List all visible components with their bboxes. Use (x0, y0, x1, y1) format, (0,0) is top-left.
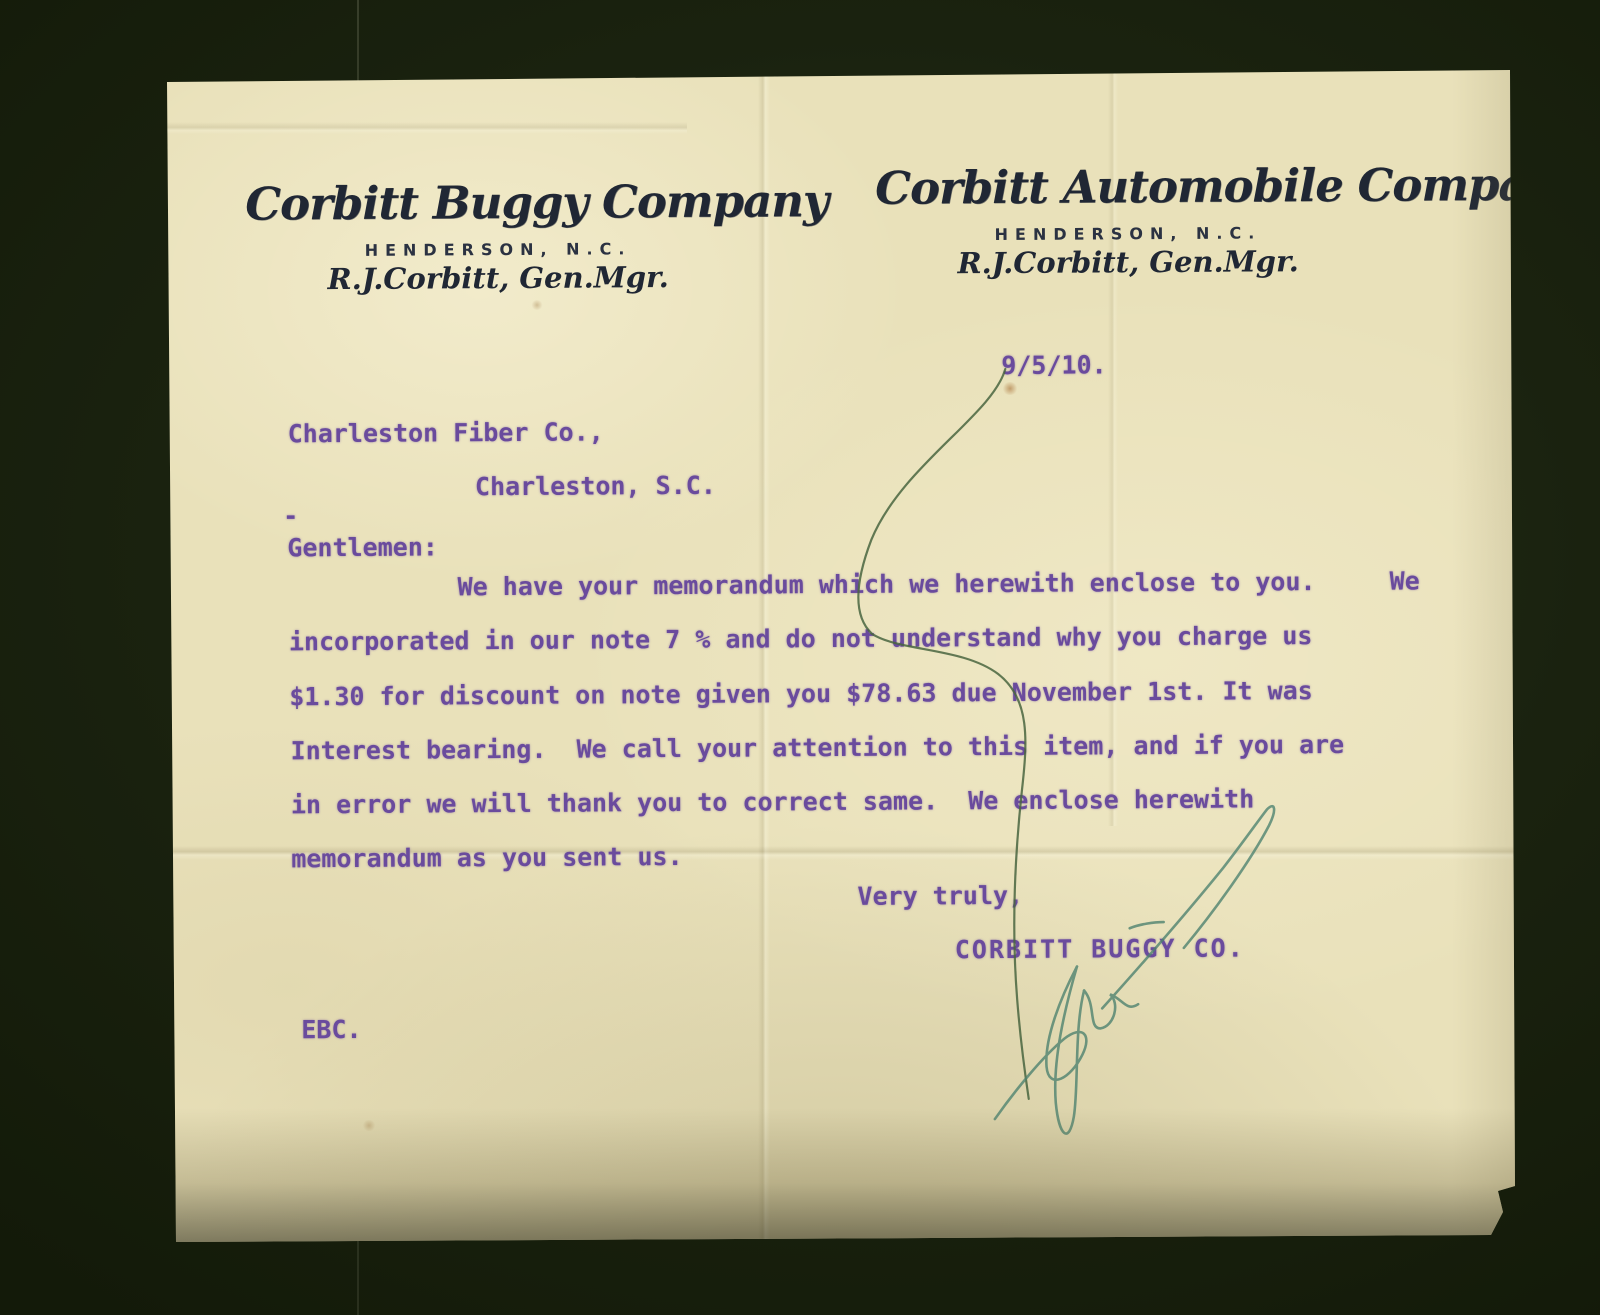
letterhead-company-name: Corbitt Automobile Company (875, 153, 1380, 222)
letterhead-buggy-company: Corbitt Buggy Company HENDERSON, N.C. R.… (245, 169, 751, 297)
body-line: Interest bearing. We call your attention… (291, 730, 1345, 765)
body-line: We have your memorandum which we herewit… (458, 567, 1316, 601)
letter-content: Corbitt Buggy Company HENDERSON, N.C. R.… (0, 0, 1600, 1315)
letterhead-city: HENDERSON, N.C. (245, 239, 750, 261)
body-line-continuation: We (1390, 566, 1420, 595)
body-line: in error we will thank you to correct sa… (291, 784, 1254, 819)
typist-initials: EBC. (301, 1015, 361, 1044)
letterhead-city: HENDERSON, N.C. (875, 223, 1380, 245)
recipient-city: Charleston, S.C. (475, 471, 716, 501)
body-line: $1.30 for discount on note given you $78… (289, 676, 1313, 711)
signed-company-name: CORBITT BUGGY CO. (955, 934, 1245, 965)
letter-date: 9/5/10. (1001, 350, 1107, 380)
letterhead-automobile-company: Corbitt Automobile Company HENDERSON, N.… (875, 153, 1381, 281)
recipient-dash: - (283, 501, 298, 530)
letter-paper: Corbitt Buggy Company HENDERSON, N.C. R.… (0, 0, 1600, 1315)
handwritten-signature-ink (993, 806, 1276, 1134)
letterhead-company-name: Corbitt Buggy Company (245, 169, 750, 238)
recipient-name: Charleston Fiber Co., (288, 417, 604, 448)
letterhead-manager: R.J.Corbitt, Gen.Mgr. (246, 260, 751, 297)
scanned-letter-photo: Corbitt Buggy Company HENDERSON, N.C. R.… (0, 0, 1600, 1315)
letterhead-manager: R.J.Corbitt, Gen.Mgr. (876, 244, 1381, 281)
closing: Very truly, (857, 881, 1023, 911)
body-line: incorporated in our note 7 % and do not … (289, 621, 1313, 656)
salutation: Gentlemen: (287, 532, 438, 562)
body-line: memorandum as you sent us. (291, 842, 683, 873)
